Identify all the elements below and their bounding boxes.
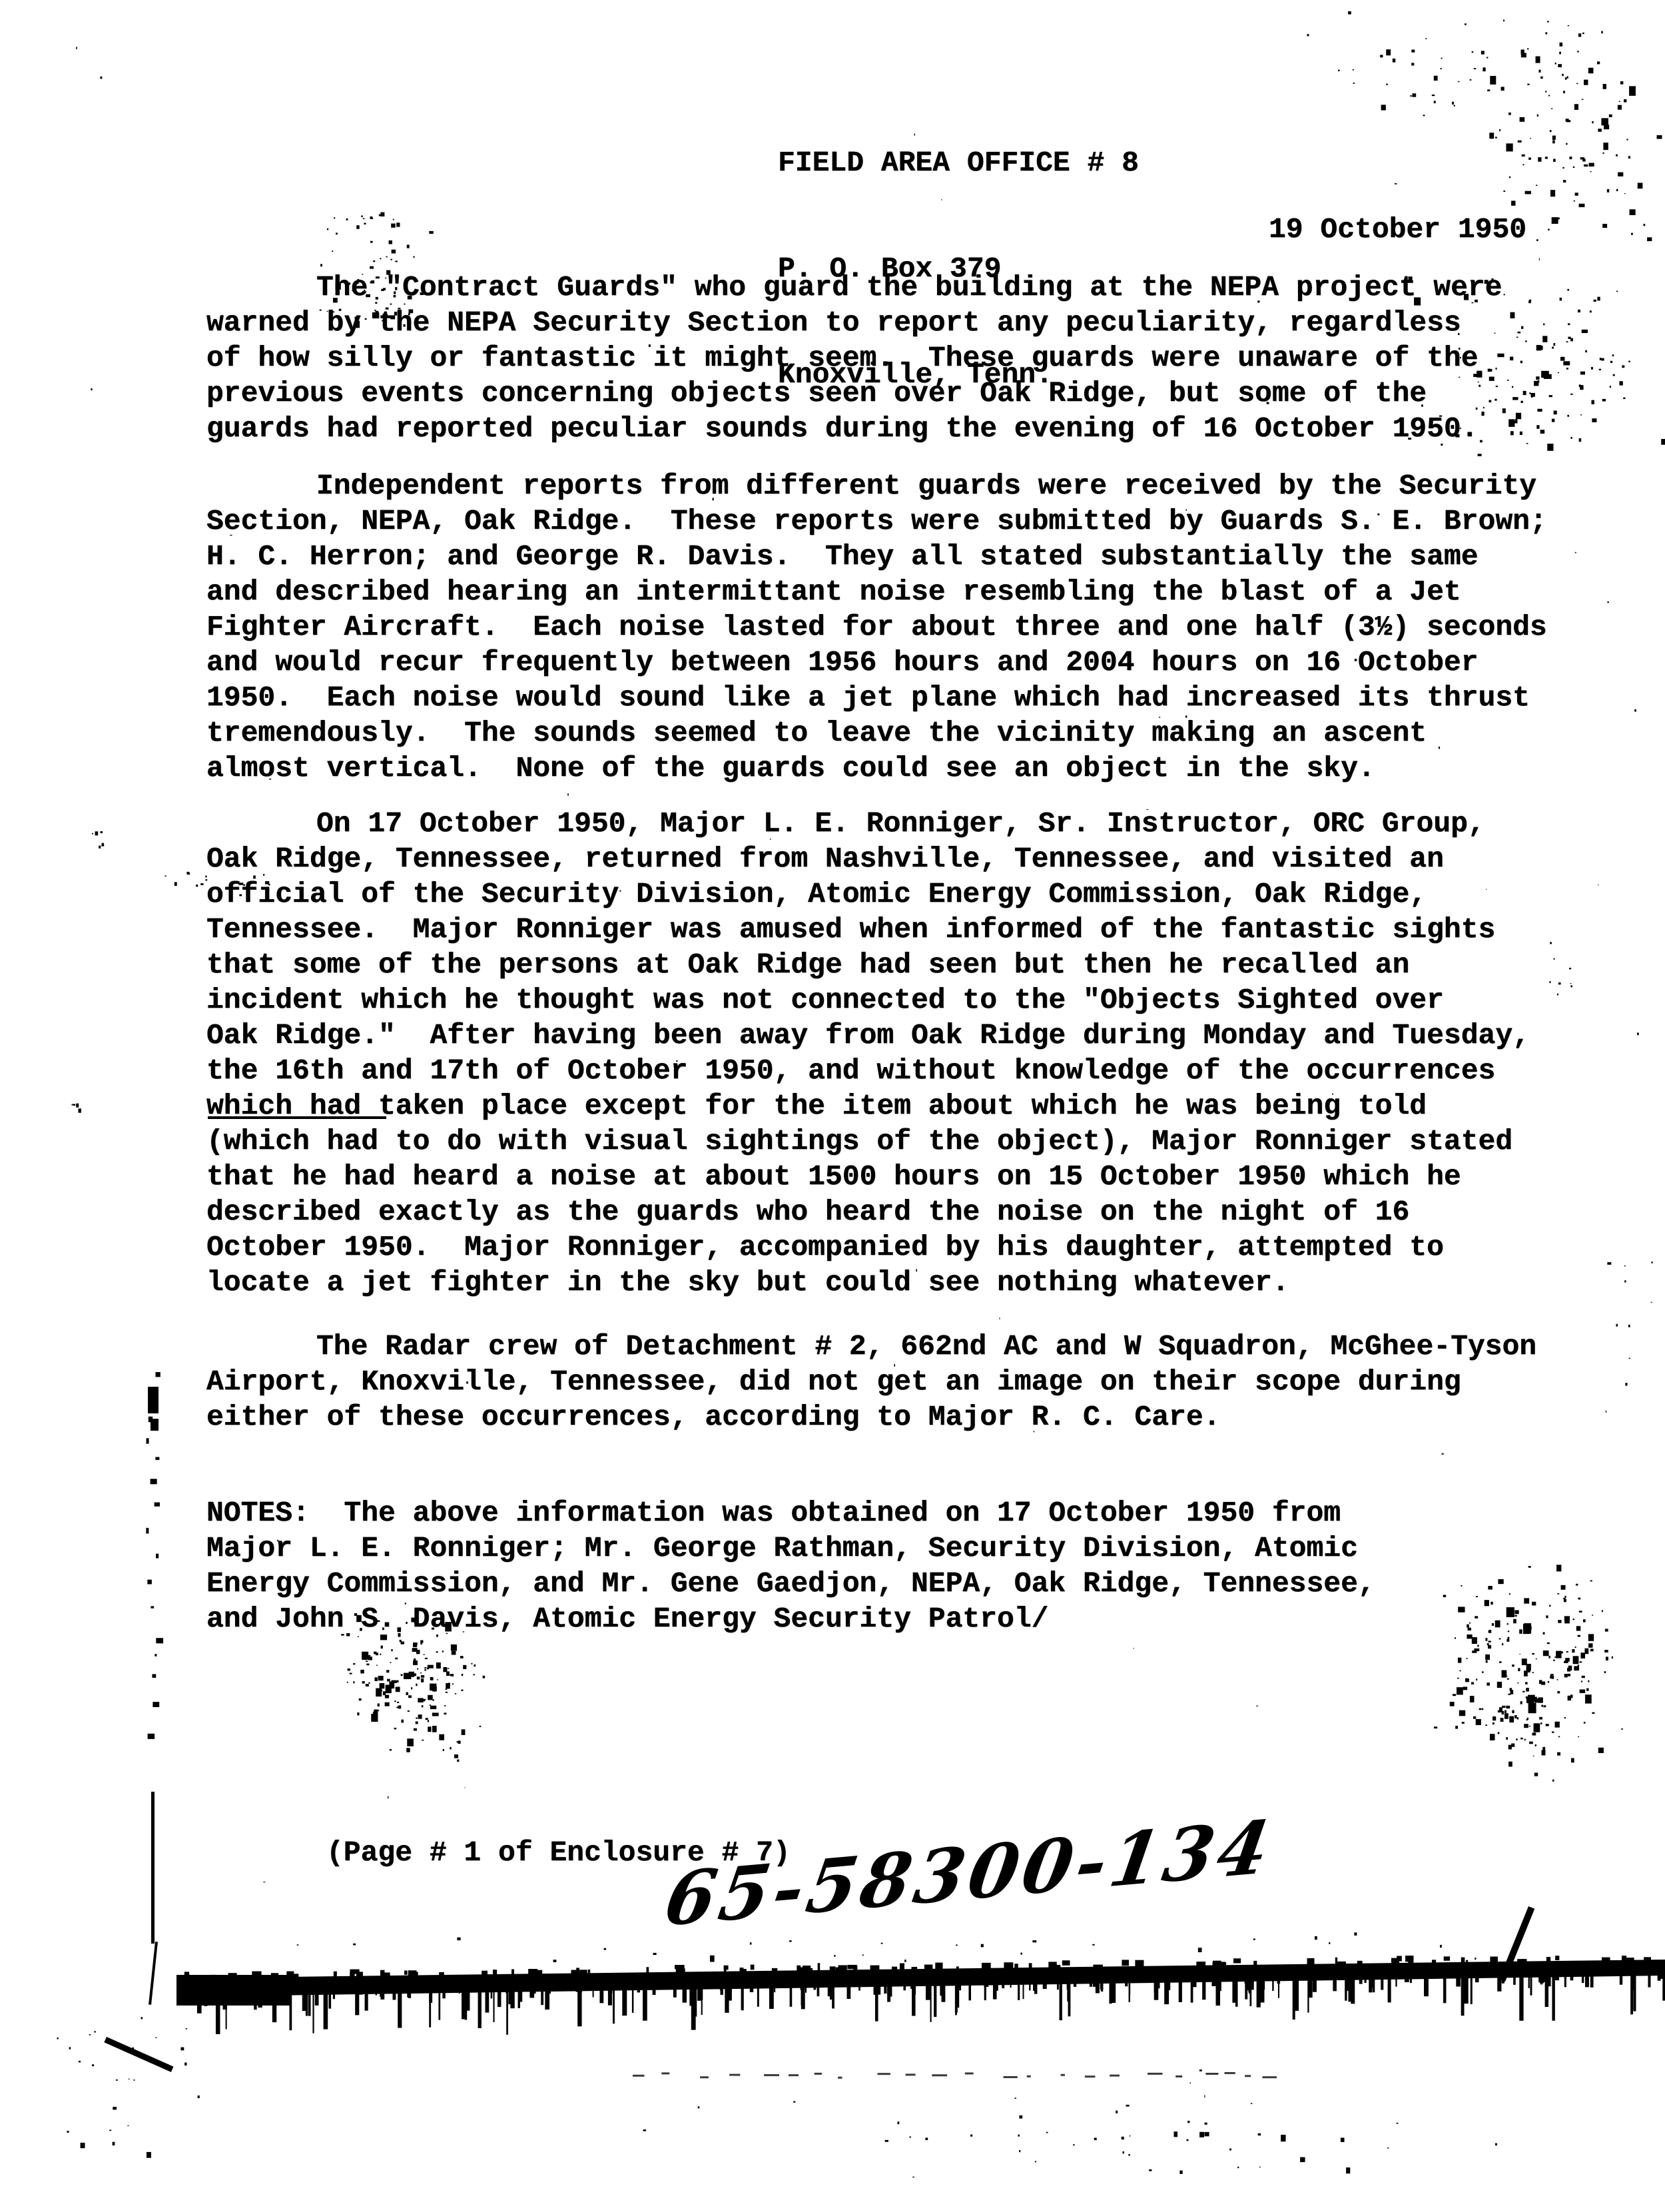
text-line: of how silly or fantastic it might seem.… (206, 340, 1502, 376)
text-line: incident which he thought was not connec… (206, 982, 1530, 1018)
office-line: FIELD AREA OFFICE # 8 (778, 145, 1139, 181)
text-line: The "Contract Guards" who guard the buil… (206, 270, 1502, 305)
text-line: On 17 October 1950, Major L. E. Ronniger… (206, 806, 1530, 841)
text-line: almost vertical. None of the guards coul… (206, 751, 1547, 786)
underline-artifact (208, 1116, 386, 1119)
text-line: The Radar crew of Detachment # 2, 662nd … (206, 1329, 1536, 1364)
text-line: NOTES: The above information was obtaine… (206, 1495, 1375, 1531)
text-line: 1950. Each noise would sound like a jet … (206, 680, 1547, 715)
text-line: and John S. Davis, Atomic Energy Securit… (206, 1601, 1375, 1637)
paragraph-major-ronniger: On 17 October 1950, Major L. E. Ronniger… (206, 806, 1530, 1300)
text-line: and described hearing an intermittant no… (206, 574, 1547, 609)
text-line: guards had reported peculiar sounds duri… (206, 411, 1502, 446)
text-line: Oak Ridge." After having been away from … (206, 1018, 1530, 1053)
text-line: official of the Security Division, Atomi… (206, 877, 1530, 912)
text-line: tremendously. The sounds seemed to leave… (206, 715, 1547, 751)
notes-paragraph: NOTES: The above information was obtaine… (206, 1495, 1375, 1637)
text-line: Major L. E. Ronniger; Mr. George Rathman… (206, 1531, 1375, 1566)
text-line: H. C. Herron; and George R. Davis. They … (206, 539, 1547, 574)
text-line: either of these occurrences, according t… (206, 1399, 1536, 1435)
text-line: that some of the persons at Oak Ridge ha… (206, 947, 1530, 982)
text-line: warned by the NEPA Security Section to r… (206, 305, 1502, 340)
date-line: 19 October 1950 (1269, 212, 1526, 247)
text-line: which had taken place except for the ite… (206, 1088, 1530, 1124)
text-line: (which had to do with visual sightings o… (206, 1124, 1530, 1159)
text-line: locate a jet fighter in the sky but coul… (206, 1265, 1530, 1300)
text-line: that he had heard a noise at about 1500 … (206, 1159, 1530, 1194)
text-line: Energy Commission, and Mr. Gene Gaedjon,… (206, 1566, 1375, 1601)
document-page: FIELD AREA OFFICE # 8 P. O. Box 379 Knox… (0, 0, 1665, 2212)
text-line: the 16th and 17th of October 1950, and w… (206, 1053, 1530, 1088)
paragraph-contract-guards: The "Contract Guards" who guard the buil… (206, 270, 1502, 446)
handwritten-file-number: 65-58300-134 (659, 1804, 1279, 1943)
text-line: Fighter Aircraft. Each noise lasted for … (206, 609, 1547, 645)
text-line: previous events concerning objects seen … (206, 376, 1502, 411)
paragraph-radar-crew: The Radar crew of Detachment # 2, 662nd … (206, 1329, 1536, 1435)
text-line: described exactly as the guards who hear… (206, 1194, 1530, 1230)
text-line: Airport, Knoxville, Tennessee, did not g… (206, 1364, 1536, 1399)
text-line: and would recur frequently between 1956 … (206, 645, 1547, 680)
text-line: Independent reports from different guard… (206, 468, 1547, 504)
text-line: October 1950. Major Ronniger, accompanie… (206, 1230, 1530, 1265)
text-line: Oak Ridge, Tennessee, returned from Nash… (206, 841, 1530, 877)
paragraph-independent-reports: Independent reports from different guard… (206, 468, 1547, 786)
text-line: Section, NEPA, Oak Ridge. These reports … (206, 504, 1547, 539)
text-line: Tennessee. Major Ronniger was amused whe… (206, 912, 1530, 947)
